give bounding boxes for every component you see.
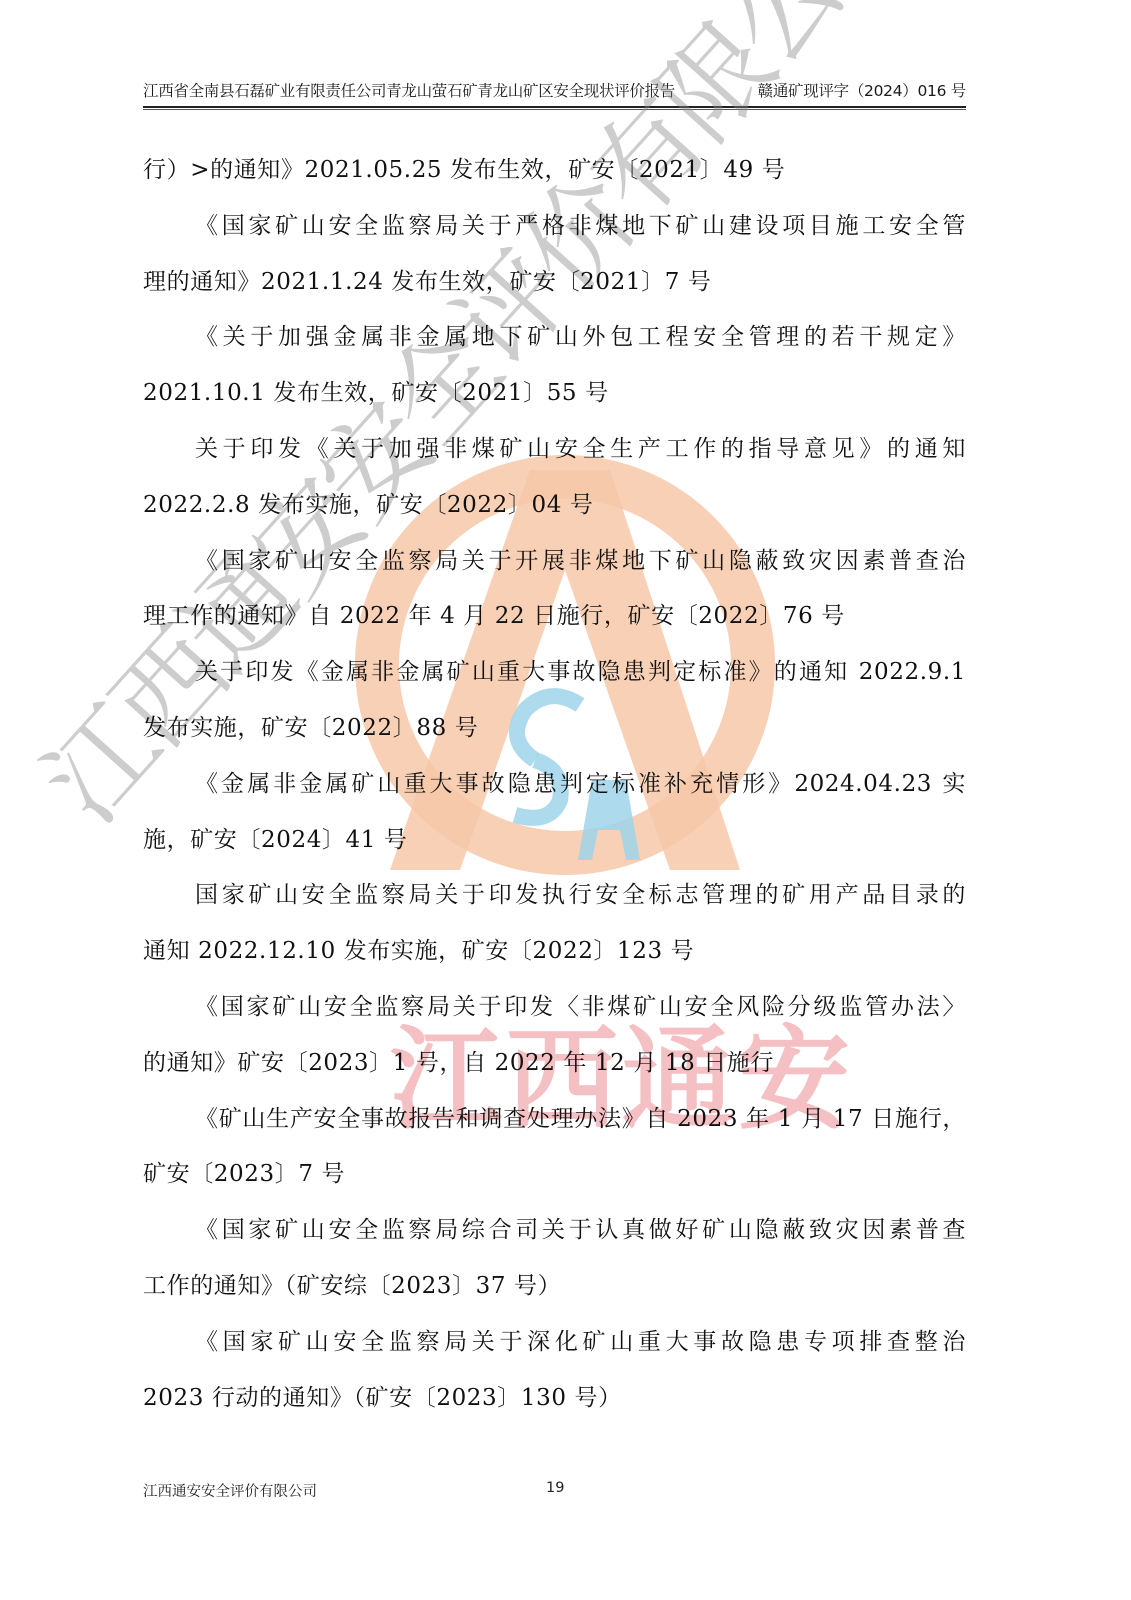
- text-line: 国家矿山安全监察局关于印发执行安全标志管理的矿用产品目录的: [143, 875, 966, 931]
- document-page: 江西省全南县石磊矿业有限责任公司青龙山萤石矿青龙山矿区安全现状评价报告 赣通矿现…: [0, 0, 1131, 1600]
- header-rule-thin: [143, 109, 966, 110]
- text-line: 关于印发《金属非金属矿山重大事故隐患判定标准》的通知 2022.9.1: [143, 652, 966, 708]
- text-line: 理的通知》2021.1.24 发布生效，矿安〔2021〕7 号: [143, 262, 966, 318]
- text-line: 《国家矿山安全监察局关于印发〈非煤矿山安全风险分级监管办法〉: [143, 987, 966, 1043]
- text-line: 的通知》矿安〔2023〕1 号，自 2022 年 12 月 18 日施行: [143, 1043, 966, 1099]
- text-line: 《国家矿山安全监察局关于开展非煤地下矿山隐蔽致灾因素普查治: [143, 541, 966, 597]
- text-line: 发布实施，矿安〔2022〕88 号: [143, 708, 966, 764]
- text-line: 2022.2.8 发布实施，矿安〔2022〕04 号: [143, 485, 966, 541]
- text-line: 2023 行动的通知》（矿安〔2023〕130 号）: [143, 1378, 966, 1434]
- text-line: 《国家矿山安全监察局关于严格非煤地下矿山建设项目施工安全管: [143, 206, 966, 262]
- report-title: 江西省全南县石磊矿业有限责任公司青龙山萤石矿青龙山矿区安全现状评价报告: [143, 79, 675, 101]
- text-line: 《关于加强金属非金属地下矿山外包工程安全管理的若干规定》: [143, 317, 966, 373]
- text-line: 行）>的通知》2021.05.25 发布生效，矿安〔2021〕49 号: [143, 150, 966, 206]
- header-rule: [143, 106, 966, 108]
- document-number: 赣通矿现评字（2024）016 号: [758, 79, 966, 101]
- text-line: 2021.10.1 发布生效，矿安〔2021〕55 号: [143, 373, 966, 429]
- text-line: 矿安〔2023〕7 号: [143, 1154, 966, 1210]
- text-line: 工作的通知》（矿安综〔2023〕37 号）: [143, 1266, 966, 1322]
- text-line: 关于印发《关于加强非煤矿山安全生产工作的指导意见》的通知: [143, 429, 966, 485]
- page-header: 江西省全南县石磊矿业有限责任公司青龙山萤石矿青龙山矿区安全现状评价报告 赣通矿现…: [143, 76, 966, 104]
- text-line: 《矿山生产安全事故报告和调查处理办法》自 2023 年 1 月 17 日施行，: [143, 1099, 966, 1155]
- text-line: 施，矿安〔2024〕41 号: [143, 820, 966, 876]
- text-line: 《国家矿山安全监察局综合司关于认真做好矿山隐蔽致灾因素普查: [143, 1210, 966, 1266]
- footer-company: 江西通安安全评价有限公司: [143, 1480, 317, 1501]
- text-line: 《国家矿山安全监察局关于深化矿山重大事故隐患专项排查整治: [143, 1322, 966, 1378]
- text-line: 理工作的通知》自 2022 年 4 月 22 日施行，矿安〔2022〕76 号: [143, 596, 966, 652]
- document-body: 行）>的通知》2021.05.25 发布生效，矿安〔2021〕49 号 《国家矿…: [143, 150, 966, 1433]
- text-line: 通知 2022.12.10 发布实施，矿安〔2022〕123 号: [143, 931, 966, 987]
- page-number: 19: [546, 1480, 564, 1496]
- text-line: 《金属非金属矿山重大事故隐患判定标准补充情形》2024.04.23 实: [143, 764, 966, 820]
